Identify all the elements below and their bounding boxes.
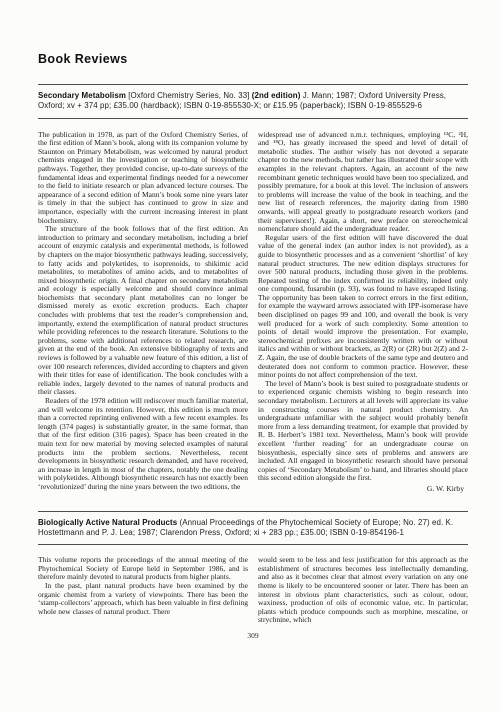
journal-page: Book Reviews Secondary Metabolism [Oxfor…: [0, 0, 500, 712]
review2-left-column: This volume reports the proceedings of t…: [38, 556, 248, 625]
page-number: 309: [38, 631, 468, 640]
review1-edition: (2nd edition): [252, 91, 301, 100]
divider-top: [38, 84, 468, 85]
paragraph: The level of Mann’s book is best suited …: [258, 380, 468, 483]
paragraph: The structure of the book follows that o…: [38, 225, 248, 397]
review2-book-title: Biologically Active Natural Products: [38, 518, 177, 527]
divider-review1-header: [38, 118, 468, 119]
divider-review2-top: [38, 511, 468, 512]
review1-left-column: The publication in 1978, as part of the …: [38, 131, 248, 494]
page-title: Book Reviews: [38, 52, 468, 66]
review1-book-title: Secondary Metabolism: [38, 91, 126, 100]
paragraph: Readers of the 1978 edition will redisco…: [38, 397, 248, 492]
paragraph: widespread use of advanced n.m.r. techni…: [258, 131, 468, 234]
paragraph: This volume reports the proceedings of t…: [38, 556, 248, 582]
review2-body: This volume reports the proceedings of t…: [38, 556, 468, 625]
review2-right-column: would seem to be less and less justifica…: [258, 556, 468, 625]
paragraph: The publication in 1978, as part of the …: [38, 131, 248, 226]
review1-citation: Secondary Metabolism [Oxford Chemistry S…: [38, 91, 468, 112]
review1-right-column: widespread use of advanced n.m.r. techni…: [258, 131, 468, 494]
paragraph: Regular users of the first edition will …: [258, 234, 468, 380]
paragraph: In the past, plant natural products have…: [38, 582, 248, 616]
review1-body: The publication in 1978, as part of the …: [38, 131, 468, 494]
review2-citation: Biologically Active Natural Products (An…: [38, 518, 468, 539]
divider-review2-header: [38, 544, 468, 545]
reviewer-signature: G. W. Kirby: [258, 485, 464, 494]
review1-citation-series: [Oxford Chemistry Series, No. 33]: [126, 91, 252, 100]
paragraph: would seem to be less and less justifica…: [258, 556, 468, 625]
